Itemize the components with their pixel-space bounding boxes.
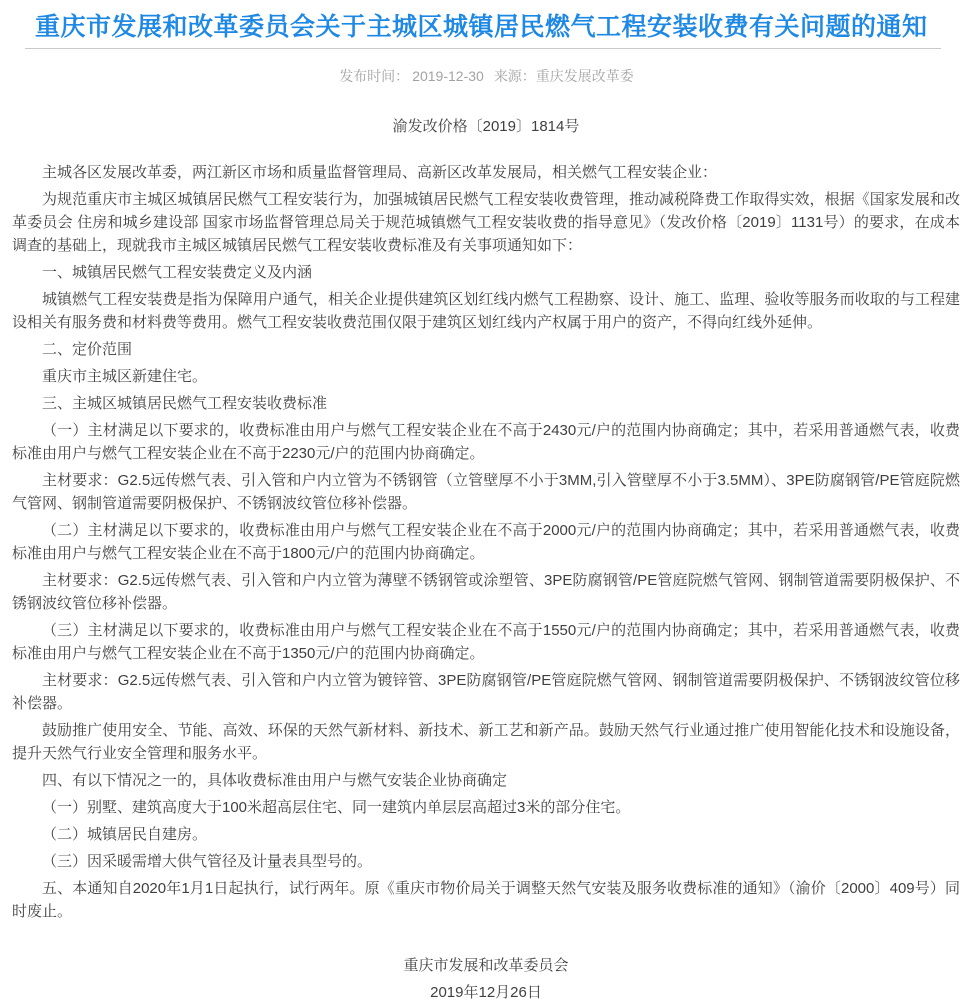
paragraph: （一）主材满足以下要求的，收费标准由用户与燃气工程安装企业在不高于2430元/户…: [12, 419, 960, 465]
paragraph: （一）别墅、建筑高度大于100米超高层住宅、同一建筑内单层层高超过3米的部分住宅…: [12, 796, 960, 819]
paragraph: 三、主城区城镇居民燃气工程安装收费标准: [12, 392, 960, 415]
publish-time-label: 发布时间：: [339, 68, 409, 84]
paragraph: （二）城镇居民自建房。: [12, 823, 960, 846]
page-title: 重庆市发展和改革委员会关于主城区城镇居民燃气工程安装收费有关问题的通知: [35, 12, 933, 43]
paragraph: （二）主材满足以下要求的，收费标准由用户与燃气工程安装企业在不高于2000元/户…: [12, 519, 960, 565]
paragraph: 主城各区发展改革委，两江新区市场和质量监督管理局、高新区改革发展局，相关燃气工程…: [12, 161, 960, 184]
meta-bar: 发布时间：2019-12-30来源：重庆发展改革委: [0, 66, 973, 86]
paragraph: 城镇燃气工程安装费是指为保障用户通气，相关企业提供建筑区划红线内燃气工程勘察、设…: [12, 288, 960, 334]
paragraph: 四、有以下情况之一的，具体收费标准由用户与燃气安装企业协商确定: [12, 769, 960, 792]
paragraph: 二、定价范围: [12, 338, 960, 361]
source-value: 重庆发展改革委: [536, 68, 634, 84]
signature-date: 2019年12月26日: [12, 981, 960, 1004]
signature-org: 重庆市发展和改革委员会: [12, 954, 960, 977]
notice-header: 重庆市发展和改革委员会关于主城区城镇居民燃气工程安装收费有关问题的通知 发布时间…: [0, 0, 973, 86]
notice-page: 重庆市发展和改革委员会关于主城区城镇居民燃气工程安装收费有关问题的通知 发布时间…: [0, 0, 973, 1008]
title-divider: [25, 48, 941, 49]
publish-time-value: 2019-12-30: [412, 68, 484, 84]
paragraph: 一、城镇居民燃气工程安装费定义及内涵: [12, 261, 960, 284]
paragraph: 鼓励推广使用安全、节能、高效、环保的天然气新材料、新技术、新工艺和新产品。鼓励天…: [12, 719, 960, 765]
document-paragraphs: 主城各区发展改革委，两江新区市场和质量监督管理局、高新区改革发展局，相关燃气工程…: [12, 161, 960, 923]
paragraph: （三）主材满足以下要求的，收费标准由用户与燃气工程安装企业在不高于1550元/户…: [12, 619, 960, 665]
doc-number: 渝发改价格〔2019〕1814号: [12, 115, 960, 138]
paragraph: 主材要求：G2.5远传燃气表、引入管和户内立管为薄壁不锈钢管或涂塑管、3PE防腐…: [12, 569, 960, 615]
paragraph: 主材要求：G2.5远传燃气表、引入管和户内立管为镀锌管、3PE防腐钢管/PE管庭…: [12, 669, 960, 715]
paragraph: 主材要求：G2.5远传燃气表、引入管和户内立管为不锈钢管（立管壁厚不小于3MM,…: [12, 469, 960, 515]
paragraph: （三）因采暖需增大供气管径及计量表具型号的。: [12, 850, 960, 873]
paragraph: 为规范重庆市主城区城镇居民燃气工程安装行为，加强城镇居民燃气工程安装收费管理，推…: [12, 188, 960, 257]
paragraph: 重庆市主城区新建住宅。: [12, 365, 960, 388]
paragraph: 五、本通知自2020年1月1日起执行，试行两年。原《重庆市物价局关于调整天然气安…: [12, 877, 960, 923]
signature-block: 重庆市发展和改革委员会 2019年12月26日: [12, 954, 960, 1004]
notice-body: 渝发改价格〔2019〕1814号 主城各区发展改革委，两江新区市场和质量监督管理…: [12, 115, 960, 1004]
source-label: 来源：: [494, 68, 536, 84]
